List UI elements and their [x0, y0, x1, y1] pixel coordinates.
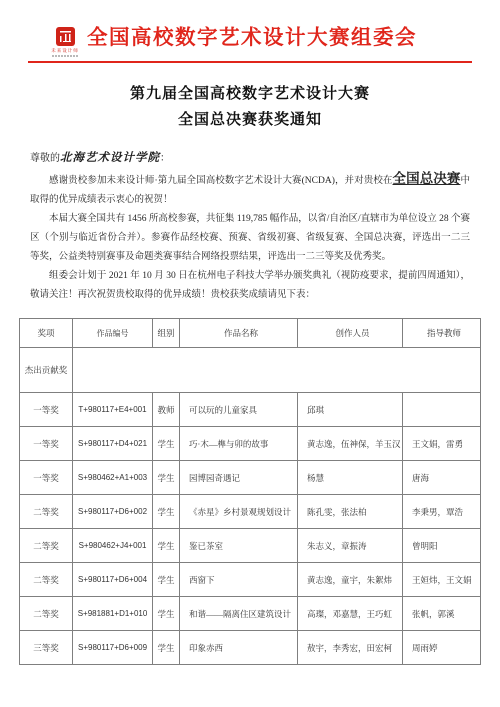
cell-award: 一等奖: [20, 461, 73, 495]
table-row: 二等奖 S+980117+D6+002 学生 《赤星》乡村景观规划设计 陈孔雯，…: [20, 495, 481, 529]
cell-award: 二等奖: [20, 563, 73, 597]
cell-creators: 黄志逸，伍神保，羊玉汉: [298, 427, 403, 461]
cell-work-id: S+980462+J4+001: [73, 529, 153, 563]
cell-advisors: 王姮炜，王文娟: [403, 563, 481, 597]
finals-highlight: 全国总决赛: [393, 171, 461, 186]
cell-creators: 高璨，邓嘉慧，王巧虹: [298, 597, 403, 631]
cell-work-id: S+980117+D6+002: [73, 495, 153, 529]
table-row: 二等奖 S+981881+D1+010 学生 和谐——隔离住区建筑设计 高璨，邓…: [20, 597, 481, 631]
table-row: 二等奖 S+980117+D6+004 学生 西窗下 黄志逸，童宇，朱絮炜 王姮…: [20, 563, 481, 597]
logo-caption: 未来设计师: [50, 48, 80, 54]
cell-advisors: 唐海: [403, 461, 481, 495]
logo-subtext-line: [52, 55, 78, 57]
cell-creators: 杨慧: [298, 461, 403, 495]
cell-advisors: [403, 393, 481, 427]
cell-group: 学生: [153, 495, 180, 529]
title-line2: 全国总决赛获奖通知: [0, 107, 500, 133]
paragraph-ceremony: 组委会计划于 2021 年 10 月 30 日在杭州电子科技大学举办颁奖典礼（视…: [30, 267, 470, 305]
cell-group: 学生: [153, 631, 180, 665]
logo-seal-icon: [56, 27, 75, 46]
cell-creators: 陈孔雯，张法柏: [298, 495, 403, 529]
table-header-row: 奖项 作品编号 组别 作品名称 创作人员 指导教师: [20, 319, 481, 348]
cell-work-id: S+981881+D1+010: [73, 597, 153, 631]
letterhead: 未来设计师 全国高校数字艺术设计大赛组委会: [0, 0, 500, 57]
cell-work-id: S+980462+A1+003: [73, 461, 153, 495]
title-line1: 第九届全国高校数字艺术设计大赛: [0, 81, 500, 107]
cell-award: 一等奖: [20, 427, 73, 461]
col-header-group: 组别: [153, 319, 180, 348]
cell-work-title: 可以玩的儿童家具: [180, 393, 298, 427]
col-header-advisors: 指导教师: [403, 319, 481, 348]
cell-creators: 敖宇，李秀宏，田宏柯: [298, 631, 403, 665]
cell-advisors: 周雨婷: [403, 631, 481, 665]
cell-work-title: 西窗下: [180, 563, 298, 597]
table-row: 一等奖 T+980117+E4+001 教师 可以玩的儿童家具 邱琪: [20, 393, 481, 427]
cell-work-title: 园博园奇遇记: [180, 461, 298, 495]
col-header-award: 奖项: [20, 319, 73, 348]
document-page: 未来设计师 全国高校数字艺术设计大赛组委会 第九届全国高校数字艺术设计大赛 全国…: [0, 0, 500, 707]
cell-creators: 朱志义，章振涛: [298, 529, 403, 563]
cell-advisors: 张帆，郭溪: [403, 597, 481, 631]
awards-table: 奖项 作品编号 组别 作品名称 创作人员 指导教师 杰出贡献奖 一等奖 T+98…: [19, 318, 481, 665]
cell-creators: 黄志逸，童宇，朱絮炜: [298, 563, 403, 597]
cell-work-id: S+980117+D4+021: [73, 427, 153, 461]
cell-work-id: S+980117+D6+009: [73, 631, 153, 665]
table-row: 二等奖 S+980462+J4+001 学生 鉴已茶室 朱志义，章振涛 曾明阳: [20, 529, 481, 563]
cell-work-title: 《赤星》乡村景观规划设计: [180, 495, 298, 529]
letterhead-divider: [28, 61, 472, 63]
cell-group: 学生: [153, 563, 180, 597]
cell-advisors: 李秉男，覃浩: [403, 495, 481, 529]
paragraph-thanks: 感谢贵校参加未来设计师·第九届全国高校数字艺术设计大赛(NCDA)，并对贵校在全…: [30, 169, 470, 210]
cell-group: 学生: [153, 461, 180, 495]
table-row: 一等奖 S+980462+A1+003 学生 园博园奇遇记 杨慧 唐海: [20, 461, 481, 495]
paragraph-competition-stats: 本届大赛全国共有 1456 所高校参赛，共征集 119,785 幅作品，以省/自…: [30, 210, 470, 267]
col-header-work-title: 作品名称: [180, 319, 298, 348]
table-row-special-award: 杰出贡献奖: [20, 348, 481, 393]
cell-group: 教师: [153, 393, 180, 427]
cell-work-title: 印象赤西: [180, 631, 298, 665]
cell-work-id: T+980117+E4+001: [73, 393, 153, 427]
school-name: 北海艺术设计学院: [60, 152, 160, 164]
cell-group: 学生: [153, 529, 180, 563]
cell-advisors: 王文娟，雷勇: [403, 427, 481, 461]
cell-work-title: 巧·木—榫与卯的故事: [180, 427, 298, 461]
cell-advisors: 曾明阳: [403, 529, 481, 563]
col-header-creators: 创作人员: [298, 319, 403, 348]
col-header-work-id: 作品编号: [73, 319, 153, 348]
salutation-suffix: ：: [160, 153, 170, 164]
competition-logo: 未来设计师: [50, 27, 80, 57]
cell-work-title: 鉴已茶室: [180, 529, 298, 563]
cell-award: 二等奖: [20, 495, 73, 529]
cell-award: 二等奖: [20, 529, 73, 563]
document-title: 第九届全国高校数字艺术设计大赛 全国总决赛获奖通知: [0, 81, 500, 133]
cell-work-id: S+980117+D6+004: [73, 563, 153, 597]
thanks-text-before: 感谢贵校参加未来设计师·第九届全国高校数字艺术设计大赛(NCDA)，并对贵校在: [49, 176, 393, 186]
salutation-prefix: 尊敬的: [30, 153, 60, 164]
special-award-label: 杰出贡献奖: [20, 348, 73, 393]
table-row: 三等奖 S+980117+D6+009 学生 印象赤西 敖宇，李秀宏，田宏柯 周…: [20, 631, 481, 665]
cell-award: 三等奖: [20, 631, 73, 665]
cell-award: 一等奖: [20, 393, 73, 427]
cell-group: 学生: [153, 427, 180, 461]
org-name: 全国高校数字艺术设计大赛组委会: [87, 25, 417, 51]
cell-creators: 邱琪: [298, 393, 403, 427]
salutation: 尊敬的北海艺术设计学院：: [30, 148, 470, 169]
cell-work-title: 和谐——隔离住区建筑设计: [180, 597, 298, 631]
table-row: 一等奖 S+980117+D4+021 学生 巧·木—榫与卯的故事 黄志逸，伍神…: [20, 427, 481, 461]
cell-award: 二等奖: [20, 597, 73, 631]
cell-group: 学生: [153, 597, 180, 631]
special-award-empty-cell: [73, 348, 481, 393]
